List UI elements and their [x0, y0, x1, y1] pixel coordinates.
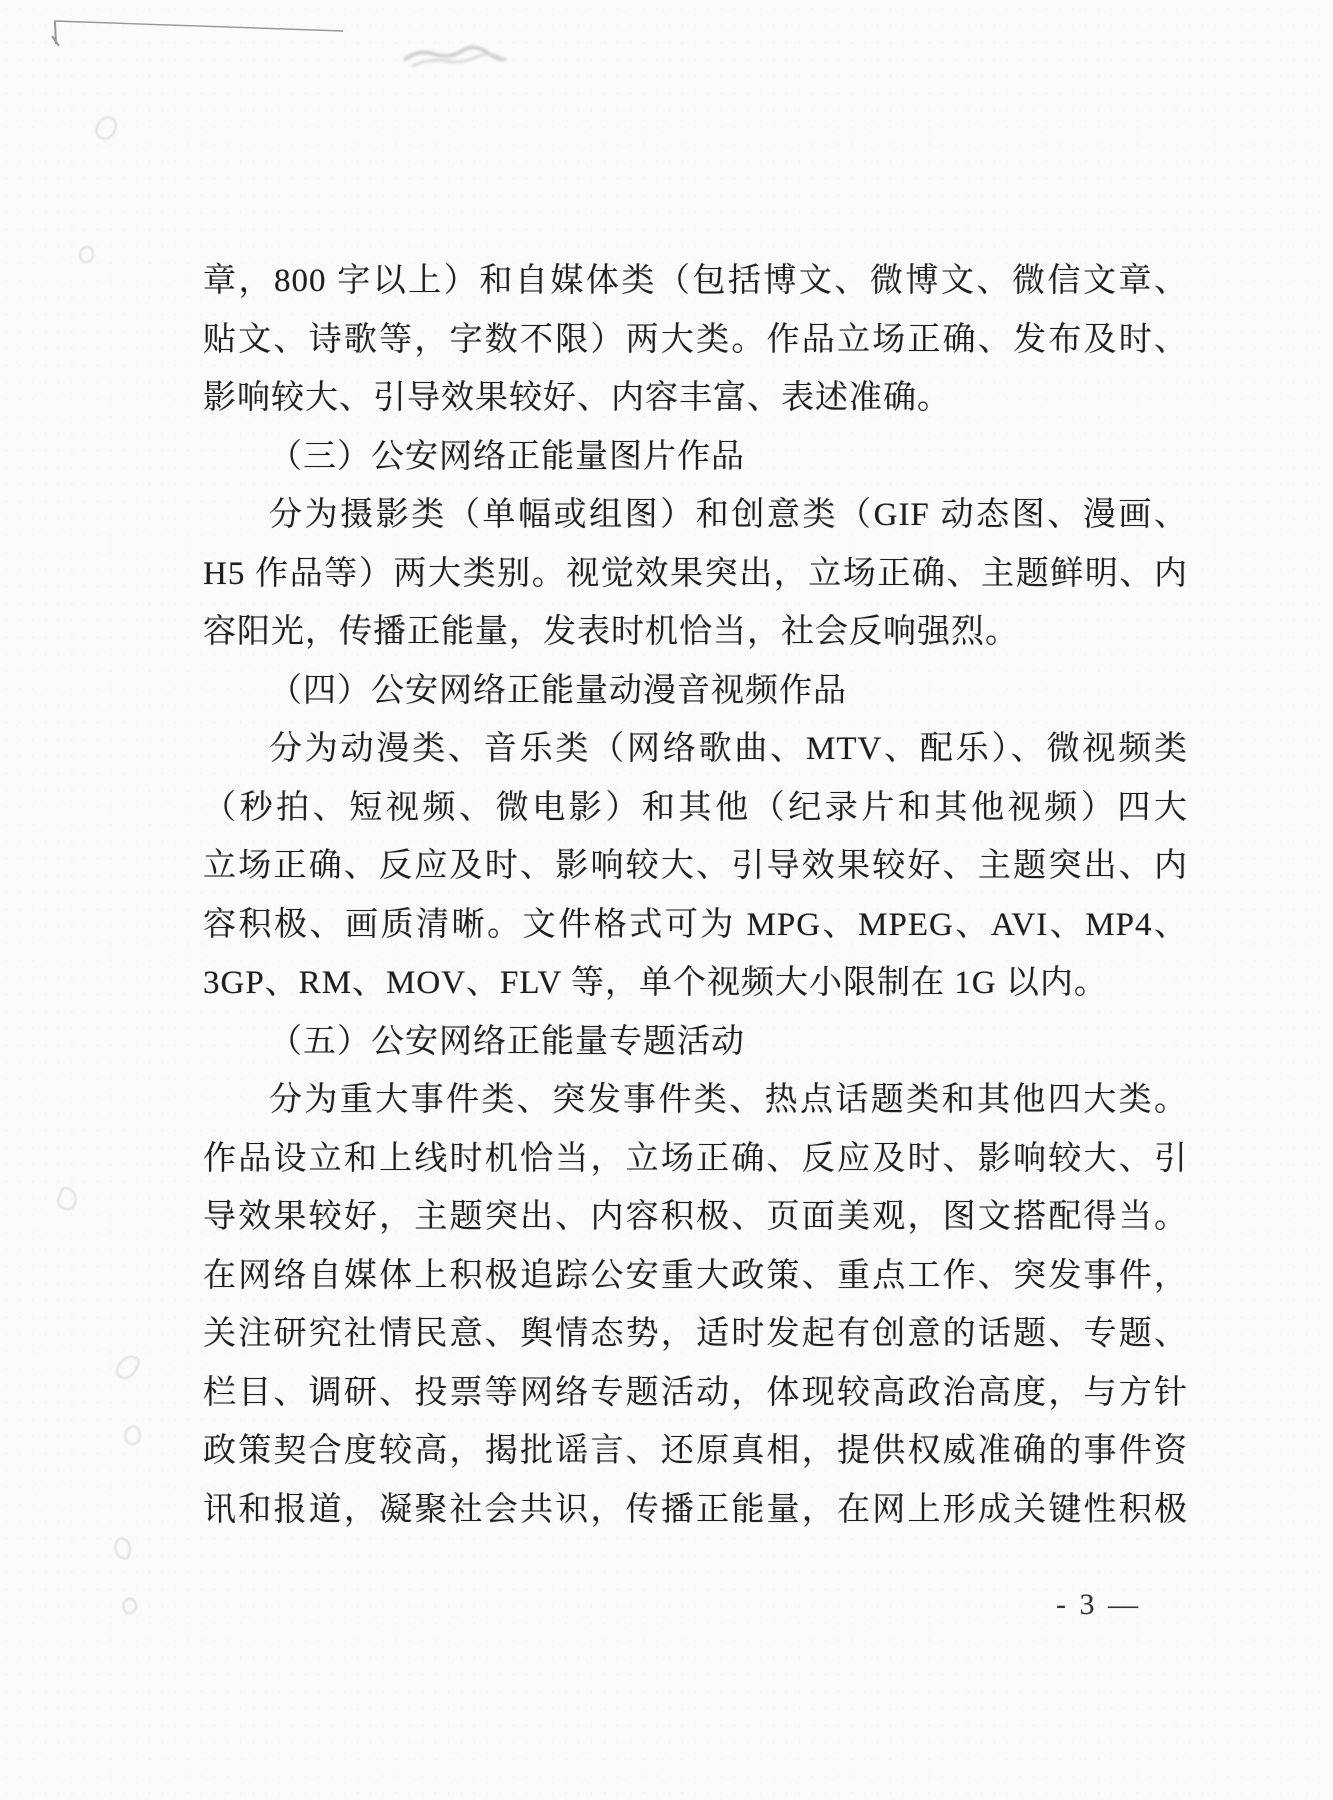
text-line: 分为摄影类（单幅或组图）和创意类（GIF 动态图、漫画、	[203, 486, 1188, 545]
text-line: 在网络自媒体上积极追踪公安重大政策、重点工作、突发事件，	[203, 1247, 1188, 1306]
scan-smudge-artifact	[398, 40, 513, 72]
document-body: 章，800 字以上）和自媒体类（包括博文、微博文、微信文章、 贴文、诗歌等，字数…	[203, 252, 1188, 1539]
scan-speck	[78, 245, 95, 264]
text-line: 作品设立和上线时机恰当，立场正确、反应及时、影响较大、引	[203, 1130, 1188, 1189]
text-line: 立场正确、反应及时、影响较大、引导效果较好、主题突出、内	[203, 837, 1188, 896]
scan-speck	[122, 1424, 143, 1447]
text-line: 章，800 字以上）和自媒体类（包括博文、微博文、微信文章、	[203, 252, 1188, 311]
text-line: 关注研究社情民意、舆情态势，适时发起有创意的话题、专题、	[203, 1305, 1188, 1364]
text-line: 讯和报道，凝聚社会共识，传播正能量，在网上形成关键性积极	[203, 1481, 1188, 1540]
text-line: H5 作品等）两大类别。视觉效果突出，立场正确、主题鲜明、内	[203, 545, 1188, 604]
text-line: 容积极、画质清晰。文件格式可为 MPG、MPEG、AVI、MP4、	[203, 896, 1188, 955]
scan-speck	[93, 114, 118, 142]
text-line: 容阳光，传播正能量，发表时机恰当，社会反响强烈。	[203, 603, 1188, 662]
scan-speck	[55, 1185, 80, 1212]
text-line: 分为动漫类、音乐类（网络歌曲、MTV、配乐）、微视频类	[203, 720, 1188, 779]
section-heading: （三）公安网络正能量图片作品	[203, 428, 1188, 487]
text-line: 3GP、RM、MOV、FLV 等，单个视频大小限制在 1G 以内。	[203, 954, 1188, 1013]
scan-speck	[113, 1351, 142, 1383]
text-line: 栏目、调研、投票等网络专题活动，体现较高政治高度，与方针	[203, 1364, 1188, 1423]
text-line: （秒拍、短视频、微电影）和其他（纪录片和其他视频）四大类。	[203, 779, 1188, 838]
section-heading: （四）公安网络正能量动漫音视频作品	[203, 662, 1188, 721]
scan-line-artifact	[48, 14, 358, 54]
text-line: 分为重大事件类、突发事件类、热点话题类和其他四大类。	[203, 1071, 1188, 1130]
scan-speck	[112, 1537, 132, 1561]
text-line: 贴文、诗歌等，字数不限）两大类。作品立场正确、发布及时、	[203, 311, 1188, 370]
document-page: 章，800 字以上）和自媒体类（包括博文、微博文、微信文章、 贴文、诗歌等，字数…	[0, 0, 1333, 1800]
text-line: 影响较大、引导效果较好、内容丰富、表述准确。	[203, 369, 1188, 428]
text-line: 政策契合度较高，揭批谣言、还原真相，提供权威准确的事件资	[203, 1422, 1188, 1481]
page-number: - 3 —	[1056, 1588, 1141, 1622]
section-heading: （五）公安网络正能量专题活动	[203, 1013, 1188, 1072]
text-line: 导效果较好，主题突出、内容积极、页面美观，图文搭配得当。	[203, 1188, 1188, 1247]
scan-speck	[120, 1596, 140, 1616]
